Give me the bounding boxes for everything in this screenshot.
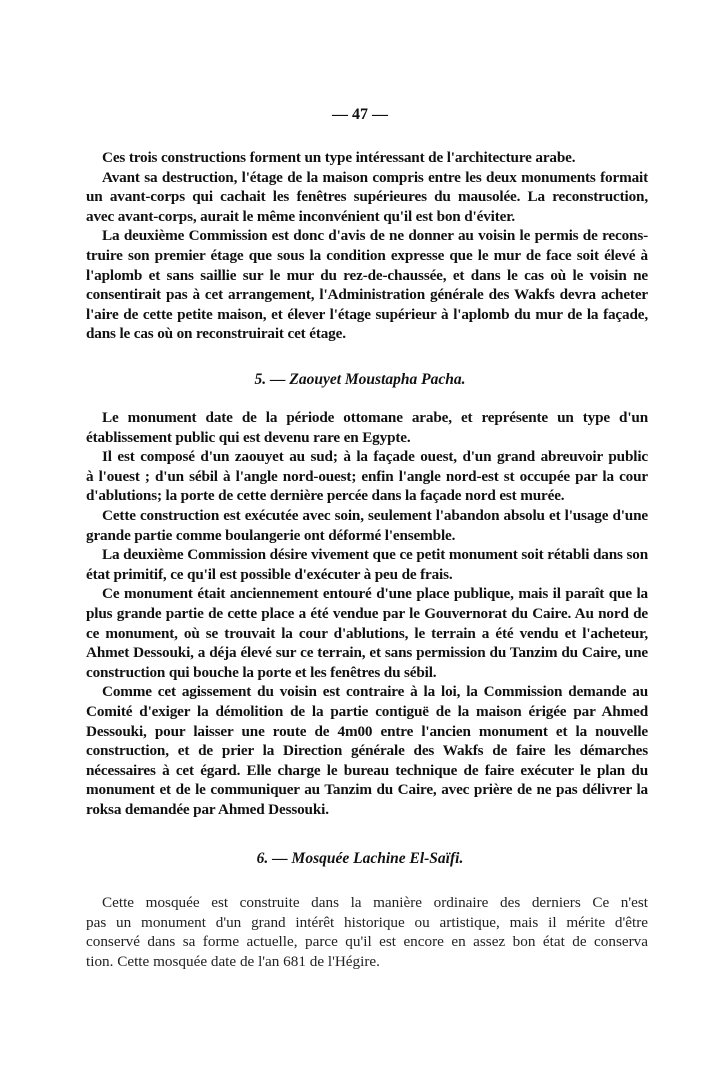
intro-paragraphs: Ces trois constructions forment un type … bbox=[86, 148, 648, 344]
text-line: consentirait pas à cet arrangement, l'Ad… bbox=[86, 285, 648, 305]
text-line: tion. Cette mosquée date de l'an 681 de … bbox=[86, 952, 648, 972]
text-line: plus grande partie de cette place a été … bbox=[86, 604, 648, 624]
text-line: d'ablutions; la porte de cette dernière … bbox=[86, 486, 648, 506]
text-line: truire son premier étage que sous la con… bbox=[86, 246, 648, 266]
text-line: La deuxième Commission est donc d'avis d… bbox=[86, 226, 648, 246]
text-line: Il est composé d'un zaouyet au sud; à la… bbox=[86, 447, 648, 467]
text-line: Comité d'exiger la démolition de la part… bbox=[86, 702, 648, 722]
text-line: construction qui bouche la porte et les … bbox=[86, 663, 648, 683]
section-5-body: Le monument date de la période ottomane … bbox=[86, 408, 648, 819]
text-line: monument et de le communiquer au Tanzim … bbox=[86, 780, 648, 800]
text-line: Ahmet Dessouki, a déja élevé sur ce terr… bbox=[86, 643, 648, 663]
section-6-body: Cette mosquée est construite dans la man… bbox=[86, 893, 648, 971]
text-line: état primitif, ce qu'il est possible d'e… bbox=[86, 565, 648, 585]
text-line: grande partie comme boulangerie ont défo… bbox=[86, 526, 648, 546]
text-line: Le monument date de la période ottomane … bbox=[86, 408, 648, 428]
text-line: pas un monument d'un grand intérêt histo… bbox=[86, 913, 648, 933]
text-line: un avant-corps qui cachait les fenêtres … bbox=[86, 187, 648, 207]
text-line: Cette construction est exécutée avec soi… bbox=[86, 506, 648, 526]
text-line: conservé dans sa forme actuelle, parce q… bbox=[86, 932, 648, 952]
text-line: construction, et de prier la Direction g… bbox=[86, 741, 648, 761]
text-line: nécessaires à cet égard. Elle charge le … bbox=[86, 761, 648, 781]
text-line: à l'ouest ; d'un sébil à l'angle nord-ou… bbox=[86, 467, 648, 487]
text-line: Dessouki, pour laisser une route de 4m00… bbox=[86, 722, 648, 742]
text-line: ce monument, où se trouvait la cour d'ab… bbox=[86, 624, 648, 644]
text-line: établissement public qui est devenu rare… bbox=[86, 428, 648, 448]
text-line: dans le cas où on reconstruirait cet éta… bbox=[86, 324, 648, 344]
text-line: Comme cet agissement du voisin est contr… bbox=[86, 682, 648, 702]
page-number: — 47 — bbox=[0, 106, 720, 124]
document-page: — 47 — Ces trois constructions forment u… bbox=[0, 0, 720, 1065]
text-line: l'aire de cette petite maison, et élever… bbox=[86, 305, 648, 325]
text-line: l'aplomb et sans saillie sur le mur du r… bbox=[86, 266, 648, 286]
text-line: Avant sa destruction, l'étage de la mais… bbox=[86, 168, 648, 188]
section-6-heading: 6. — Mosquée Lachine El-Saïfi. bbox=[0, 850, 720, 868]
text-line: Ce monument était anciennement entouré d… bbox=[86, 584, 648, 604]
text-line: La deuxième Commission désire vivement q… bbox=[86, 545, 648, 565]
text-line: Ces trois constructions forment un type … bbox=[86, 148, 648, 168]
section-5-heading: 5. — Zaouyet Moustapha Pacha. bbox=[0, 371, 720, 389]
text-line: roksa demandée par Ahmed Dessouki. bbox=[86, 800, 648, 820]
text-line: Cette mosquée est construite dans la man… bbox=[86, 893, 648, 913]
text-line: avec avant-corps, aurait le même inconvé… bbox=[86, 207, 648, 227]
